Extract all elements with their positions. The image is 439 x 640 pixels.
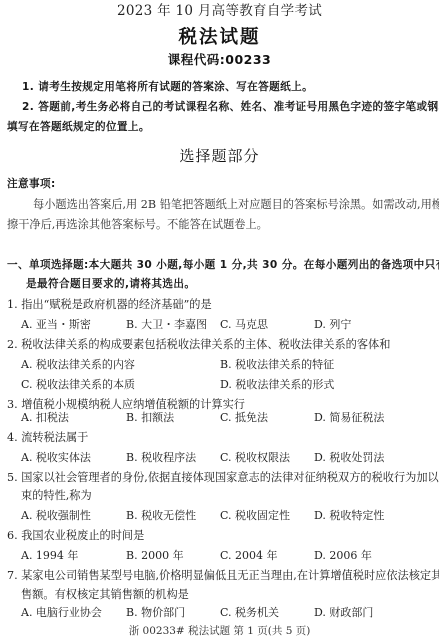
question-stem: 6. 我国农业税废止的时间是 [7,529,144,543]
section-heading-line-1: 一、单项选择题:本大题共 30 小题,每小题 1 分,共 30 分。在每小题列出… [7,258,439,272]
notes-line-2: 擦干净后,再选涂其他答案标号。不能答在试题卷上。 [7,218,268,232]
option-a: A. 税收强制性 [21,509,91,523]
question-stem: 1. 指出“赋税是政府机器的经济基础”的是 [7,298,212,312]
option-d: D. 税收处罚法 [314,451,384,465]
question-stem: 3. 增值税小规模纳税人应纳增值税额的计算实行 [7,398,245,412]
option-d: D. 财政部门 [314,606,373,620]
option-a: A. 亚当・斯密 [21,318,91,332]
option-b: B. 2000 年 [126,549,184,563]
notes-label: 注意事项: [7,177,56,191]
notes-line-1: 每小题选出答案后,用 2B 铅笔把答题纸上对应题目的答案标号涂黑。如需改动,用橡… [33,198,439,212]
instruction-1: 1. 请考生按规定用笔将所有试题的答案涂、写在答题纸上。 [22,80,313,94]
option-a: A. 税收实体法 [21,451,91,465]
option-d: D. 2006 年 [314,549,372,563]
option-c: C. 税收固定性 [220,509,290,523]
option-a: A. 电脑行业协会 [21,606,102,620]
question-stem-line-2: 售额。有权核定其销售额的机构是 [21,588,189,602]
option-a: A. 1994 年 [21,549,78,563]
option-d: D. 列宁 [314,318,351,332]
option-b: B. 税收无偿性 [126,509,196,523]
option-a: A. 税收法律关系的内容 [21,358,135,372]
question-stem-line-1: 7. 某家电公司销售某型号电脑,价格明显偏低且无正当理由,在计算增值税时应依法核… [7,569,439,583]
option-c: C. 税收权限法 [220,451,290,465]
option-b: B. 税收法律关系的特征 [220,358,334,372]
option-b: B. 税收程序法 [126,451,196,465]
question-stem: 2. 税收法律关系的构成要素包括税收法律关系的主体、税收法律关系的客体和 [7,338,390,352]
option-b: B. 大卫・李嘉图 [126,318,207,332]
exam-session-title: 2023 年 10 月高等教育自学考试 [0,3,439,19]
part-title: 选择题部分 [0,147,439,165]
option-b: B. 扣额法 [126,411,174,425]
option-d: D. 简易征税法 [314,411,384,425]
option-d: D. 税收特定性 [314,509,384,523]
option-c: C. 抵免法 [220,411,268,425]
option-c: C. 税收法律关系的本质 [21,378,135,392]
question-stem-line-2: 束的特性,称为 [21,489,92,503]
option-c: C. 税务机关 [220,606,279,620]
question-stem: 4. 流转税法属于 [7,431,88,445]
question-stem-line-1: 5. 国家以社会管理者的身份,依据直接体现国家意志的法律对征纳税双方的税收行为加… [7,471,439,485]
option-b: B. 物价部门 [126,606,185,620]
instruction-2-continued: 填写在答题纸规定的位置上。 [7,120,150,134]
section-heading-line-2: 是最符合题目要求的,请将其选出。 [26,277,195,291]
paper-title: 税法试题 [0,27,439,49]
course-code: 课程代码:00233 [0,52,439,67]
option-c: C. 马克思 [220,318,268,332]
instruction-2: 2. 答题前,考生务必将自己的考试课程名称、姓名、准考证号用黑色字迹的签字笔或钢… [22,100,439,114]
option-c: C. 2004 年 [220,549,278,563]
option-a: A. 扣税法 [21,411,69,425]
option-d: D. 税收法律关系的形式 [220,378,334,392]
page-footer: 浙 00233# 税法试题 第 1 页(共 5 页) [0,624,439,638]
